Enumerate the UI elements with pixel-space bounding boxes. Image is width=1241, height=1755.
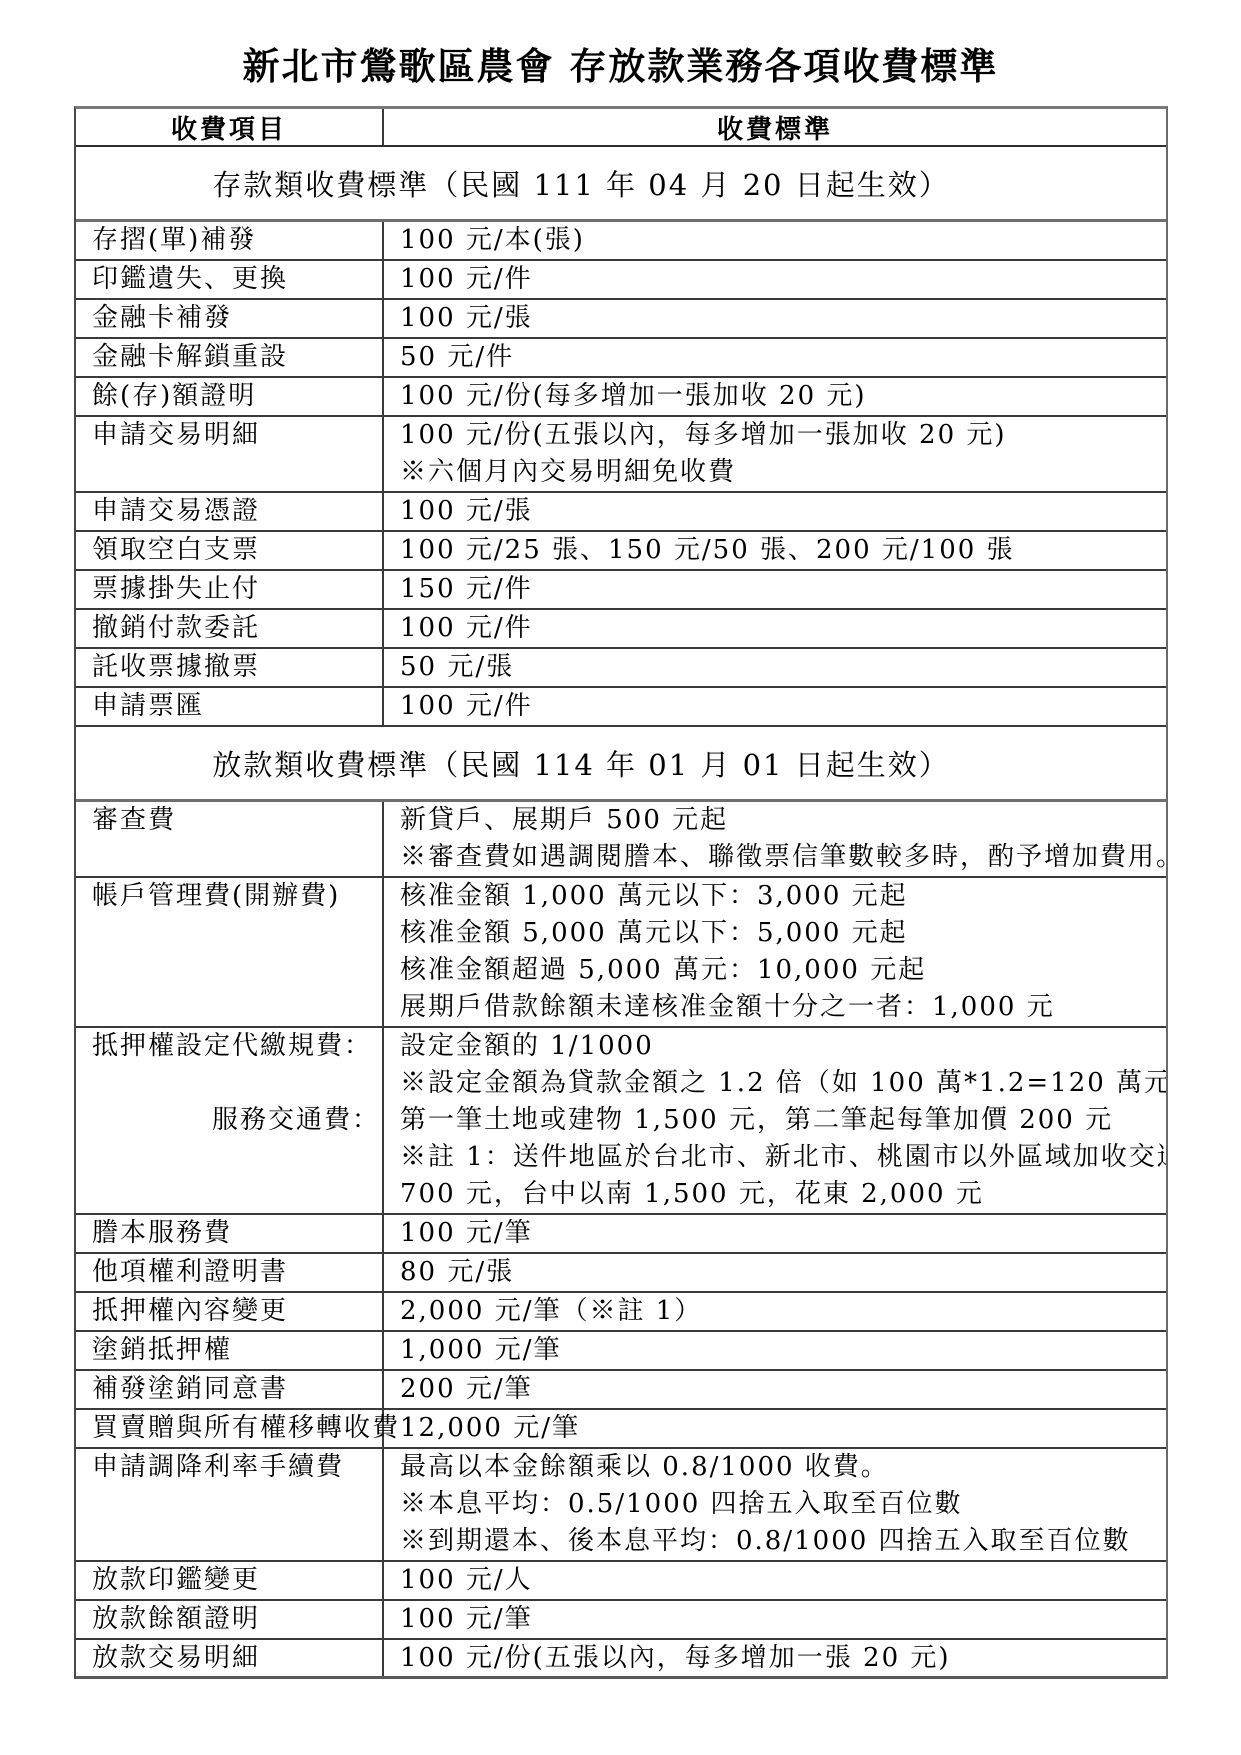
fee-item-label: 申請調降利率手續費	[92, 1449, 344, 1486]
fee-value-line: 設定金額的 1/1000	[400, 1028, 1166, 1065]
fee-item-cell: 放款印鑑變更	[76, 1562, 384, 1599]
fee-item-label: 放款餘額證明	[92, 1601, 260, 1638]
fee-value-line: 100 元/件	[400, 261, 1166, 298]
fee-value-cell: 100 元/筆	[384, 1215, 1166, 1252]
fee-item-cell: 審查費	[76, 802, 384, 876]
table-row: 買賣贈與所有權移轉收費12,000 元/筆	[76, 1410, 1166, 1449]
fee-value-line: 100 元/人	[400, 1562, 1166, 1599]
table-row: 申請交易明細100 元/份(五張以內，每多增加一張加收 20 元)※六個月內交易…	[76, 417, 1166, 493]
fee-item-cell: 他項權利證明書	[76, 1254, 384, 1291]
fee-item-label: 託收票據撤票	[92, 649, 260, 686]
table-row: 存摺(單)補發100 元/本(張)	[76, 222, 1166, 261]
fee-value-cell: 150 元/件	[384, 571, 1166, 608]
table-row: 抵押權內容變更2,000 元/筆（※註 1）	[76, 1293, 1166, 1332]
fee-value-line: 100 元/張	[400, 300, 1166, 337]
table-row: 託收票據撤票50 元/張	[76, 649, 1166, 688]
table-row: 帳戶管理費(開辦費)核准金額 1,000 萬元以下：3,000 元起核准金額 5…	[76, 878, 1166, 1028]
fee-value-line: 100 元/件	[400, 688, 1166, 725]
fee-item-label: 他項權利證明書	[92, 1254, 288, 1291]
fee-value-line: 展期戶借款餘額未達核准金額十分之一者：1,000 元	[400, 989, 1166, 1026]
fee-value-line: 100 元/本(張)	[400, 222, 1166, 259]
fee-value-line: ※審查費如遇調閱謄本、聯徵票信筆數較多時，酌予增加費用。	[400, 839, 1166, 876]
table-row: 他項權利證明書80 元/張	[76, 1254, 1166, 1293]
fee-item-label: 票據掛失止付	[92, 571, 260, 608]
fee-value-cell: 2,000 元/筆（※註 1）	[384, 1293, 1166, 1330]
fee-value-line: ※本息平均：0.5/1000 四捨五入取至百位數	[400, 1486, 1166, 1523]
table-row: 申請交易憑證100 元/張	[76, 493, 1166, 532]
fee-item-cell: 申請調降利率手續費	[76, 1449, 384, 1560]
fee-item-label: 抵押權設定代繳規費：	[92, 1028, 372, 1065]
fee-value-line: ※註 1：送件地區於台北市、新北市、桃園市以外區域加收交通費	[400, 1139, 1166, 1176]
fee-value-line: 12,000 元/筆	[400, 1410, 1166, 1447]
table-row: 謄本服務費100 元/筆	[76, 1215, 1166, 1254]
table-row: 補發塗銷同意書200 元/筆	[76, 1371, 1166, 1410]
table-row: 撤銷付款委託100 元/件	[76, 610, 1166, 649]
fee-item-label: 存摺(單)補發	[92, 222, 256, 259]
table-row: 塗銷抵押權1,000 元/筆	[76, 1332, 1166, 1371]
fee-value-cell: 1,000 元/筆	[384, 1332, 1166, 1369]
fee-value-line: 核准金額超過 5,000 萬元：10,000 元起	[400, 952, 1166, 989]
fee-value-cell: 200 元/筆	[384, 1371, 1166, 1408]
fee-item-label: 放款印鑑變更	[92, 1562, 260, 1599]
table-row: 放款交易明細100 元/份(五張以內，每多增加一張 20 元)	[76, 1640, 1166, 1679]
fee-value-line: 100 元/25 張、150 元/50 張、200 元/100 張	[400, 532, 1166, 569]
fee-value-line: 100 元/份(五張以內，每多增加一張加收 20 元)	[400, 417, 1166, 454]
fee-item-label: 領取空白支票	[92, 532, 260, 569]
fee-item-cell: 抵押權設定代繳規費：服務交通費：	[76, 1028, 384, 1213]
fee-value-cell: 12,000 元/筆	[384, 1410, 1166, 1447]
fee-item-label: 申請交易憑證	[92, 493, 260, 530]
fee-value-line: 700 元，台中以南 1,500 元，花東 2,000 元	[400, 1176, 1166, 1213]
fee-value-line: 100 元/筆	[400, 1215, 1166, 1252]
fee-item-cell: 塗銷抵押權	[76, 1332, 384, 1369]
fee-value-line: 最高以本金餘額乘以 0.8/1000 收費。	[400, 1449, 1166, 1486]
table-row: 領取空白支票100 元/25 張、150 元/50 張、200 元/100 張	[76, 532, 1166, 571]
fee-item-cell: 申請交易憑證	[76, 493, 384, 530]
page-title: 新北市鶯歌區農會 存放款業務各項收費標準	[0, 36, 1241, 90]
header-fee-item: 收費項目	[76, 109, 384, 145]
fee-item-cell: 抵押權內容變更	[76, 1293, 384, 1330]
section-row: 放款類收費標準（民國 114 年 01 月 01 日起生效）	[76, 727, 1166, 802]
table-row: 票據掛失止付150 元/件	[76, 571, 1166, 610]
fee-item-cell: 金融卡補發	[76, 300, 384, 337]
fee-item-label: 餘(存)額證明	[92, 378, 256, 415]
fee-item-label: 服務交通費：	[212, 1102, 380, 1139]
fee-value-line: 新貸戶、展期戶 500 元起	[400, 802, 1166, 839]
fee-value-line: 100 元/份(五張以內，每多增加一張 20 元)	[400, 1640, 1166, 1676]
fee-item-label: 金融卡補發	[92, 300, 232, 337]
fee-value-cell: 設定金額的 1/1000※設定金額為貸款金額之 1.2 倍（如 100 萬*1.…	[384, 1028, 1166, 1213]
fee-item-cell: 餘(存)額證明	[76, 378, 384, 415]
fee-value-cell: 100 元/件	[384, 610, 1166, 647]
fee-value-cell: 100 元/張	[384, 493, 1166, 530]
fee-item-label: 補發塗銷同意書	[92, 1371, 288, 1408]
fee-item-cell: 印鑑遺失、更換	[76, 261, 384, 298]
fee-value-cell: 最高以本金餘額乘以 0.8/1000 收費。※本息平均：0.5/1000 四捨五…	[384, 1449, 1166, 1560]
header-fee-standard: 收費標準	[384, 109, 1166, 145]
fee-value-line: ※六個月內交易明細免收費	[400, 454, 1166, 491]
fee-item-label: 印鑑遺失、更換	[92, 261, 288, 298]
table-row: 放款印鑑變更100 元/人	[76, 1562, 1166, 1601]
fee-value-cell: 核准金額 1,000 萬元以下：3,000 元起核准金額 5,000 萬元以下：…	[384, 878, 1166, 1026]
fee-item-cell: 帳戶管理費(開辦費)	[76, 878, 384, 1026]
fee-value-line: 150 元/件	[400, 571, 1166, 608]
fee-value-cell: 100 元/張	[384, 300, 1166, 337]
fee-item-label: 申請票匯	[92, 688, 204, 725]
fee-item-cell: 撤銷付款委託	[76, 610, 384, 647]
fee-item-label: 放款交易明細	[92, 1640, 260, 1677]
fee-item-cell: 放款餘額證明	[76, 1601, 384, 1638]
fee-value-line: 2,000 元/筆（※註 1）	[400, 1293, 1166, 1330]
fee-value-line: 200 元/筆	[400, 1371, 1166, 1408]
fee-item-cell: 補發塗銷同意書	[76, 1371, 384, 1408]
fee-value-cell: 100 元/份(每多增加一張加收 20 元)	[384, 378, 1166, 415]
fee-item-cell: 買賣贈與所有權移轉收費	[76, 1410, 384, 1447]
fee-item-cell: 申請票匯	[76, 688, 384, 725]
fee-item-cell: 放款交易明細	[76, 1640, 384, 1676]
fee-item-cell: 金融卡解鎖重設	[76, 339, 384, 376]
fee-value-line: 1,000 元/筆	[400, 1332, 1166, 1369]
table-row: 申請票匯100 元/件	[76, 688, 1166, 727]
fee-value-line: ※到期還本、後本息平均：0.8/1000 四捨五入取至百位數	[400, 1523, 1166, 1560]
fee-item-label: 謄本服務費	[92, 1215, 232, 1252]
fee-value-cell: 100 元/份(五張以內，每多增加一張 20 元)	[384, 1640, 1166, 1676]
table-row: 審查費新貸戶、展期戶 500 元起※審查費如遇調閱謄本、聯徵票信筆數較多時，酌予…	[76, 802, 1166, 878]
section-title: 存款類收費標準（民國 111 年 04 月 20 日起生效）	[212, 163, 949, 204]
fee-value-cell: 50 元/張	[384, 649, 1166, 686]
fee-table-body: 存款類收費標準（民國 111 年 04 月 20 日起生效）存摺(單)補發100…	[76, 147, 1166, 1679]
table-row: 金融卡解鎖重設50 元/件	[76, 339, 1166, 378]
fee-value-cell: 新貸戶、展期戶 500 元起※審查費如遇調閱謄本、聯徵票信筆數較多時，酌予增加費…	[384, 802, 1166, 876]
table-row: 抵押權設定代繳規費：服務交通費：設定金額的 1/1000※設定金額為貸款金額之 …	[76, 1028, 1166, 1215]
fee-value-cell: 100 元/25 張、150 元/50 張、200 元/100 張	[384, 532, 1166, 569]
fee-item-label: 審查費	[92, 802, 176, 839]
fee-item-label: 申請交易明細	[92, 417, 260, 454]
table-row: 申請調降利率手續費最高以本金餘額乘以 0.8/1000 收費。※本息平均：0.5…	[76, 1449, 1166, 1562]
table-row: 印鑑遺失、更換100 元/件	[76, 261, 1166, 300]
fee-value-line: 100 元/張	[400, 493, 1166, 530]
fee-value-line: 第一筆土地或建物 1,500 元，第二筆起每筆加價 200 元	[400, 1102, 1166, 1139]
fee-item-cell: 申請交易明細	[76, 417, 384, 491]
fee-value-line: 100 元/份(每多增加一張加收 20 元)	[400, 378, 1166, 415]
fee-value-line: 核准金額 1,000 萬元以下：3,000 元起	[400, 878, 1166, 915]
fee-item-cell: 領取空白支票	[76, 532, 384, 569]
table-row: 放款餘額證明100 元/筆	[76, 1601, 1166, 1640]
section-row: 存款類收費標準（民國 111 年 04 月 20 日起生效）	[76, 147, 1166, 222]
fee-item-cell: 託收票據撤票	[76, 649, 384, 686]
fee-value-line: 100 元/件	[400, 610, 1166, 647]
fee-value-cell: 100 元/人	[384, 1562, 1166, 1599]
fee-value-cell: 100 元/件	[384, 688, 1166, 725]
fee-table: 收費項目 收費標準 存款類收費標準（民國 111 年 04 月 20 日起生效）…	[74, 106, 1168, 1679]
fee-value-line: ※設定金額為貸款金額之 1.2 倍（如 100 萬*1.2=120 萬元）	[400, 1065, 1166, 1102]
section-title: 放款類收費標準（民國 114 年 01 月 01 日起生效）	[212, 743, 949, 784]
fee-value-cell: 100 元/筆	[384, 1601, 1166, 1638]
fee-item-label: 買賣贈與所有權移轉收費	[92, 1410, 400, 1447]
fee-value-cell: 100 元/件	[384, 261, 1166, 298]
fee-value-cell: 50 元/件	[384, 339, 1166, 376]
fee-item-cell: 存摺(單)補發	[76, 222, 384, 259]
fee-value-line: 核准金額 5,000 萬元以下：5,000 元起	[400, 915, 1166, 952]
fee-value-line: 50 元/張	[400, 649, 1166, 686]
fee-item-cell: 謄本服務費	[76, 1215, 384, 1252]
table-header-row: 收費項目 收費標準	[76, 109, 1166, 147]
fee-item-cell: 票據掛失止付	[76, 571, 384, 608]
fee-item-label: 抵押權內容變更	[92, 1293, 288, 1330]
table-row: 餘(存)額證明100 元/份(每多增加一張加收 20 元)	[76, 378, 1166, 417]
fee-item-label: 帳戶管理費(開辦費)	[92, 878, 340, 915]
fee-value-cell: 80 元/張	[384, 1254, 1166, 1291]
fee-value-line: 50 元/件	[400, 339, 1166, 376]
table-row: 金融卡補發100 元/張	[76, 300, 1166, 339]
fee-value-cell: 100 元/本(張)	[384, 222, 1166, 259]
fee-item-label: 撤銷付款委託	[92, 610, 260, 647]
fee-value-cell: 100 元/份(五張以內，每多增加一張加收 20 元)※六個月內交易明細免收費	[384, 417, 1166, 491]
fee-item-label: 塗銷抵押權	[92, 1332, 232, 1369]
fee-value-line: 100 元/筆	[400, 1601, 1166, 1638]
fee-value-line: 80 元/張	[400, 1254, 1166, 1291]
fee-item-label: 金融卡解鎖重設	[92, 339, 288, 376]
